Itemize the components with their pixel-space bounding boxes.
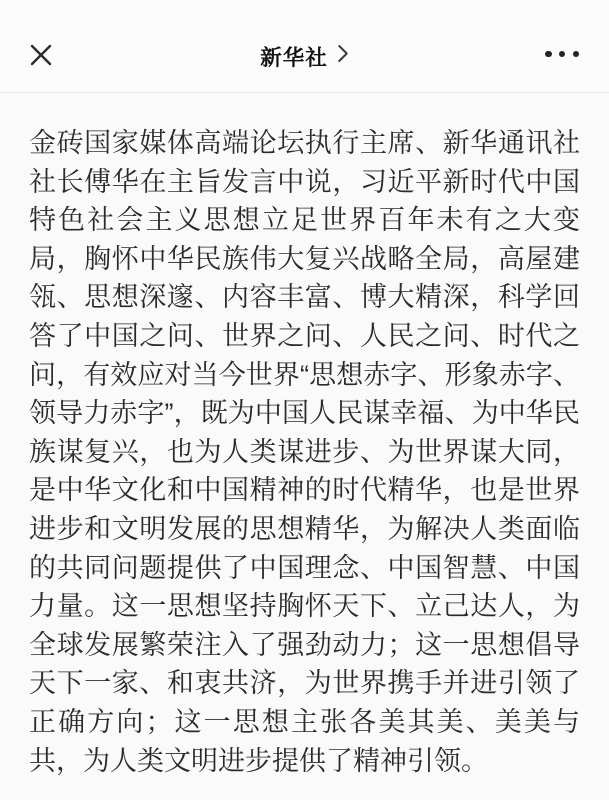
article-line: 瓴、思想深邃、内容丰富、博大精深，科学回: [29, 278, 580, 317]
article-line: 金砖国家媒体高端论坛执行主席、新华通讯社: [29, 124, 580, 163]
article-line: 局，胸怀中华民族伟大复兴战略全局，高屋建: [29, 240, 580, 279]
article-line: 的共同问题提供了中国理念、中国智慧、中国: [29, 549, 580, 588]
article-line: 特色社会主义思想立足世界百年未有之大变: [29, 201, 580, 240]
article-line: 进步和文明发展的思想精华，为解决人类面临: [29, 510, 580, 549]
article-line: 领导力赤字”，既为中国人民谋幸福、为中华民: [29, 394, 580, 433]
more-dots-icon: [559, 51, 566, 58]
chevron-right-icon: [337, 44, 349, 68]
article-line: 共，为人类文明进步提供了精神引领。: [29, 742, 580, 781]
more-dots-icon: [545, 51, 552, 58]
article-line: 正确方向；这一思想主张各美其美、美美与: [29, 703, 580, 742]
article-body: 金砖国家媒体高端论坛执行主席、新华通讯社社长傅华在主旨发言中说，习近平新时代中国…: [0, 93, 609, 780]
article-line: 天下一家、和衷共济，为世界携手并进引领了: [29, 664, 580, 703]
close-x-icon: [28, 56, 54, 71]
close-button[interactable]: [28, 42, 54, 68]
article-line: 社长傅华在主旨发言中说，习近平新时代中国: [29, 163, 580, 202]
page-title: 新华社: [260, 41, 328, 72]
article-header: 新华社: [0, 0, 609, 93]
article-lines: 金砖国家媒体高端论坛执行主席、新华通讯社社长傅华在主旨发言中说，习近平新时代中国…: [29, 124, 580, 780]
article-line: 是中华文化和中国精神的时代精华，也是世界: [29, 471, 580, 510]
article-line: 力量。这一思想坚持胸怀天下、立己达人，为: [29, 587, 580, 626]
article-line: 答了中国之问、世界之问、人民之问、时代之: [29, 317, 580, 356]
article-line: 全球发展繁荣注入了强劲动力；这一思想倡导: [29, 626, 580, 665]
more-menu-button[interactable]: [545, 49, 579, 59]
article-line: 族谋复兴，也为人类谋进步、为世界谋大同，: [29, 433, 580, 472]
article-line: 问，有效应对当今世界“思想赤字、形象赤字、: [29, 356, 580, 395]
account-title[interactable]: 新华社: [260, 41, 349, 71]
wechat-article-page: 新华社 金砖国家媒体高端论坛执行主席、新华通讯社社长傅华在主旨发言中说，习近平新…: [0, 0, 609, 800]
more-dots-icon: [573, 51, 580, 58]
